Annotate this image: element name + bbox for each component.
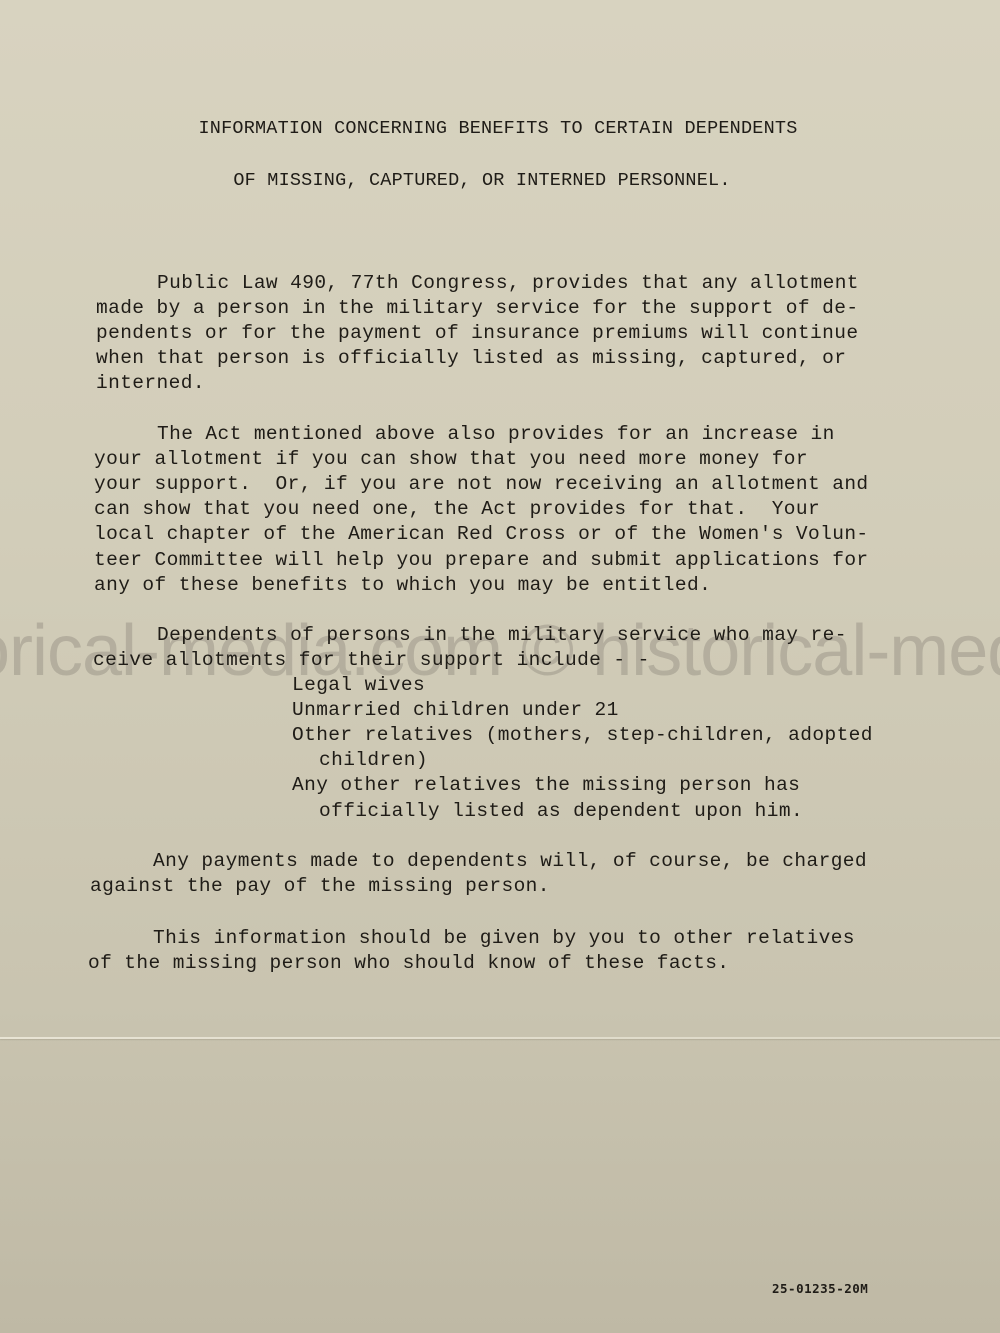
text-line: The Act mentioned above also provides fo… [157, 422, 835, 447]
list-item: Unmarried children under 21 [292, 698, 619, 723]
paper-fold-line [0, 1037, 1000, 1039]
text-line: ceive allotments for their support inclu… [93, 648, 650, 673]
text-line: when that person is officially listed as… [96, 346, 846, 371]
list-item-continuation: children) [319, 748, 428, 773]
text-line: This information should be given by you … [153, 926, 855, 951]
text-line: local chapter of the American Red Cross … [94, 522, 869, 547]
list-item-continuation: officially listed as dependent upon him. [319, 799, 803, 824]
text-line: your support. Or, if you are not now rec… [94, 472, 869, 497]
text-line: made by a person in the military service… [96, 296, 858, 321]
form-number: 25-01235-20M [772, 1281, 868, 1296]
list-item: Other relatives (mothers, step-children,… [292, 723, 873, 748]
document-page: orical-media.com © historical-media.c IN… [0, 0, 1000, 1333]
text-line: Dependents of persons in the military se… [157, 623, 847, 648]
text-line: against the pay of the missing person. [90, 874, 550, 899]
text-line: your allotment if you can show that you … [94, 447, 808, 472]
text-line: Public Law 490, 77th Congress, provides … [157, 271, 859, 296]
document-title-line-2: OF MISSING, CAPTURED, OR INTERNED PERSON… [0, 170, 982, 191]
list-item: Legal wives [292, 673, 425, 698]
text-line: Any payments made to dependents will, of… [153, 849, 867, 874]
document-title-line-1: INFORMATION CONCERNING BENEFITS TO CERTA… [0, 118, 998, 139]
list-item: Any other relatives the missing person h… [292, 773, 800, 798]
text-line: any of these benefits to which you may b… [94, 573, 711, 598]
text-line: interned. [96, 371, 205, 396]
text-line: of the missing person who should know of… [88, 951, 729, 976]
text-line: pendents or for the payment of insurance… [96, 321, 858, 346]
text-line: can show that you need one, the Act prov… [94, 497, 820, 522]
text-line: teer Committee will help you prepare and… [94, 548, 869, 573]
